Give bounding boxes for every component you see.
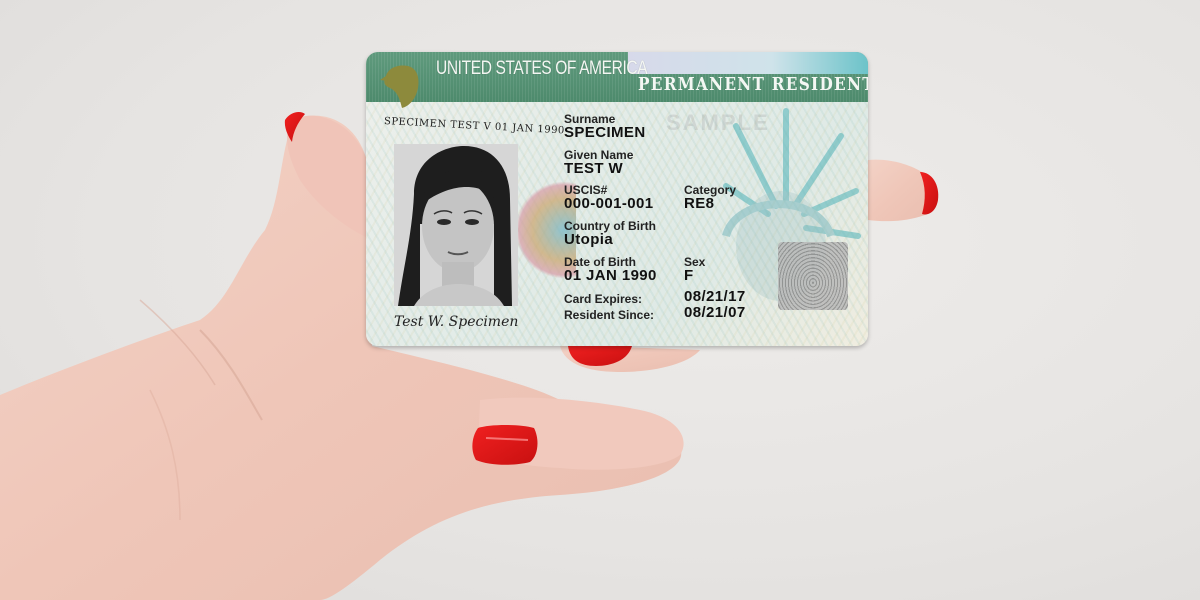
eagle-icon <box>380 62 422 110</box>
card-expires-label: Card Expires: <box>564 292 642 306</box>
card-document-type: PERMANENT RESIDENT <box>638 74 868 95</box>
holder-photo <box>394 144 518 306</box>
uscis-value: 000-001-001 <box>564 195 653 212</box>
fingerprint-icon <box>778 242 848 310</box>
resident-since-value: 08/21/07 <box>684 304 746 321</box>
finger-nail-bottom <box>472 425 537 465</box>
resident-since-label: Resident Since: <box>564 308 654 322</box>
country-of-birth-value: Utopia <box>564 231 613 248</box>
sex-value: F <box>684 267 694 284</box>
given-name-value: TEST W <box>564 160 623 177</box>
permanent-resident-card: UNITED STATES OF AMERICA PERMANENT RESID… <box>366 52 868 346</box>
dob-value: 01 JAN 1990 <box>564 267 657 284</box>
card-header-hologram-strip <box>628 52 868 74</box>
category-value: RE8 <box>684 195 714 212</box>
specimen-line: SPECIMEN TEST V 01 JAN 1990 <box>384 116 565 136</box>
surname-value: SPECIMEN <box>564 124 646 141</box>
card-country: UNITED STATES OF AMERICA <box>436 58 647 80</box>
holder-signature: Test W. Specimen <box>394 314 518 330</box>
card-expires-value: 08/21/17 <box>684 288 746 305</box>
